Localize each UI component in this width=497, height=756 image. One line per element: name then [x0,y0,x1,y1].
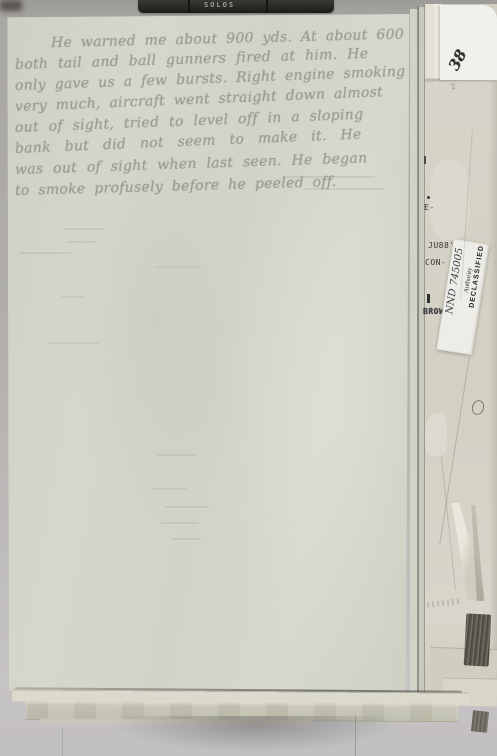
charred-edge-smudge [471,710,489,733]
corner-card [440,5,497,80]
copy-stand-bar: SOLOS [138,0,334,13]
paper-highlight [425,414,447,456]
table-shadow [90,716,420,756]
device-brand-label: SOLOS [204,1,235,9]
typed-fragment: E- [424,203,435,212]
paper-highlight [430,160,470,240]
underlying-pages-stack [425,4,497,704]
typed-fragment: CON- [425,258,446,267]
charred-edge-smudge [464,613,492,666]
table-line [355,716,356,756]
document-page: He warned me about 900 yds. At about 600… [5,14,411,693]
ink-dot [427,196,430,199]
stack-edge-shade [489,80,497,700]
bar-seam [266,0,268,13]
table-line [62,728,63,756]
bar-seam [188,0,190,13]
ink-tick [427,294,430,303]
scanned-document-photo: SOLOS He warned me about 900 yds. At abo… [0,0,497,756]
ink-tick [424,156,426,164]
corner-shadow [0,0,22,11]
